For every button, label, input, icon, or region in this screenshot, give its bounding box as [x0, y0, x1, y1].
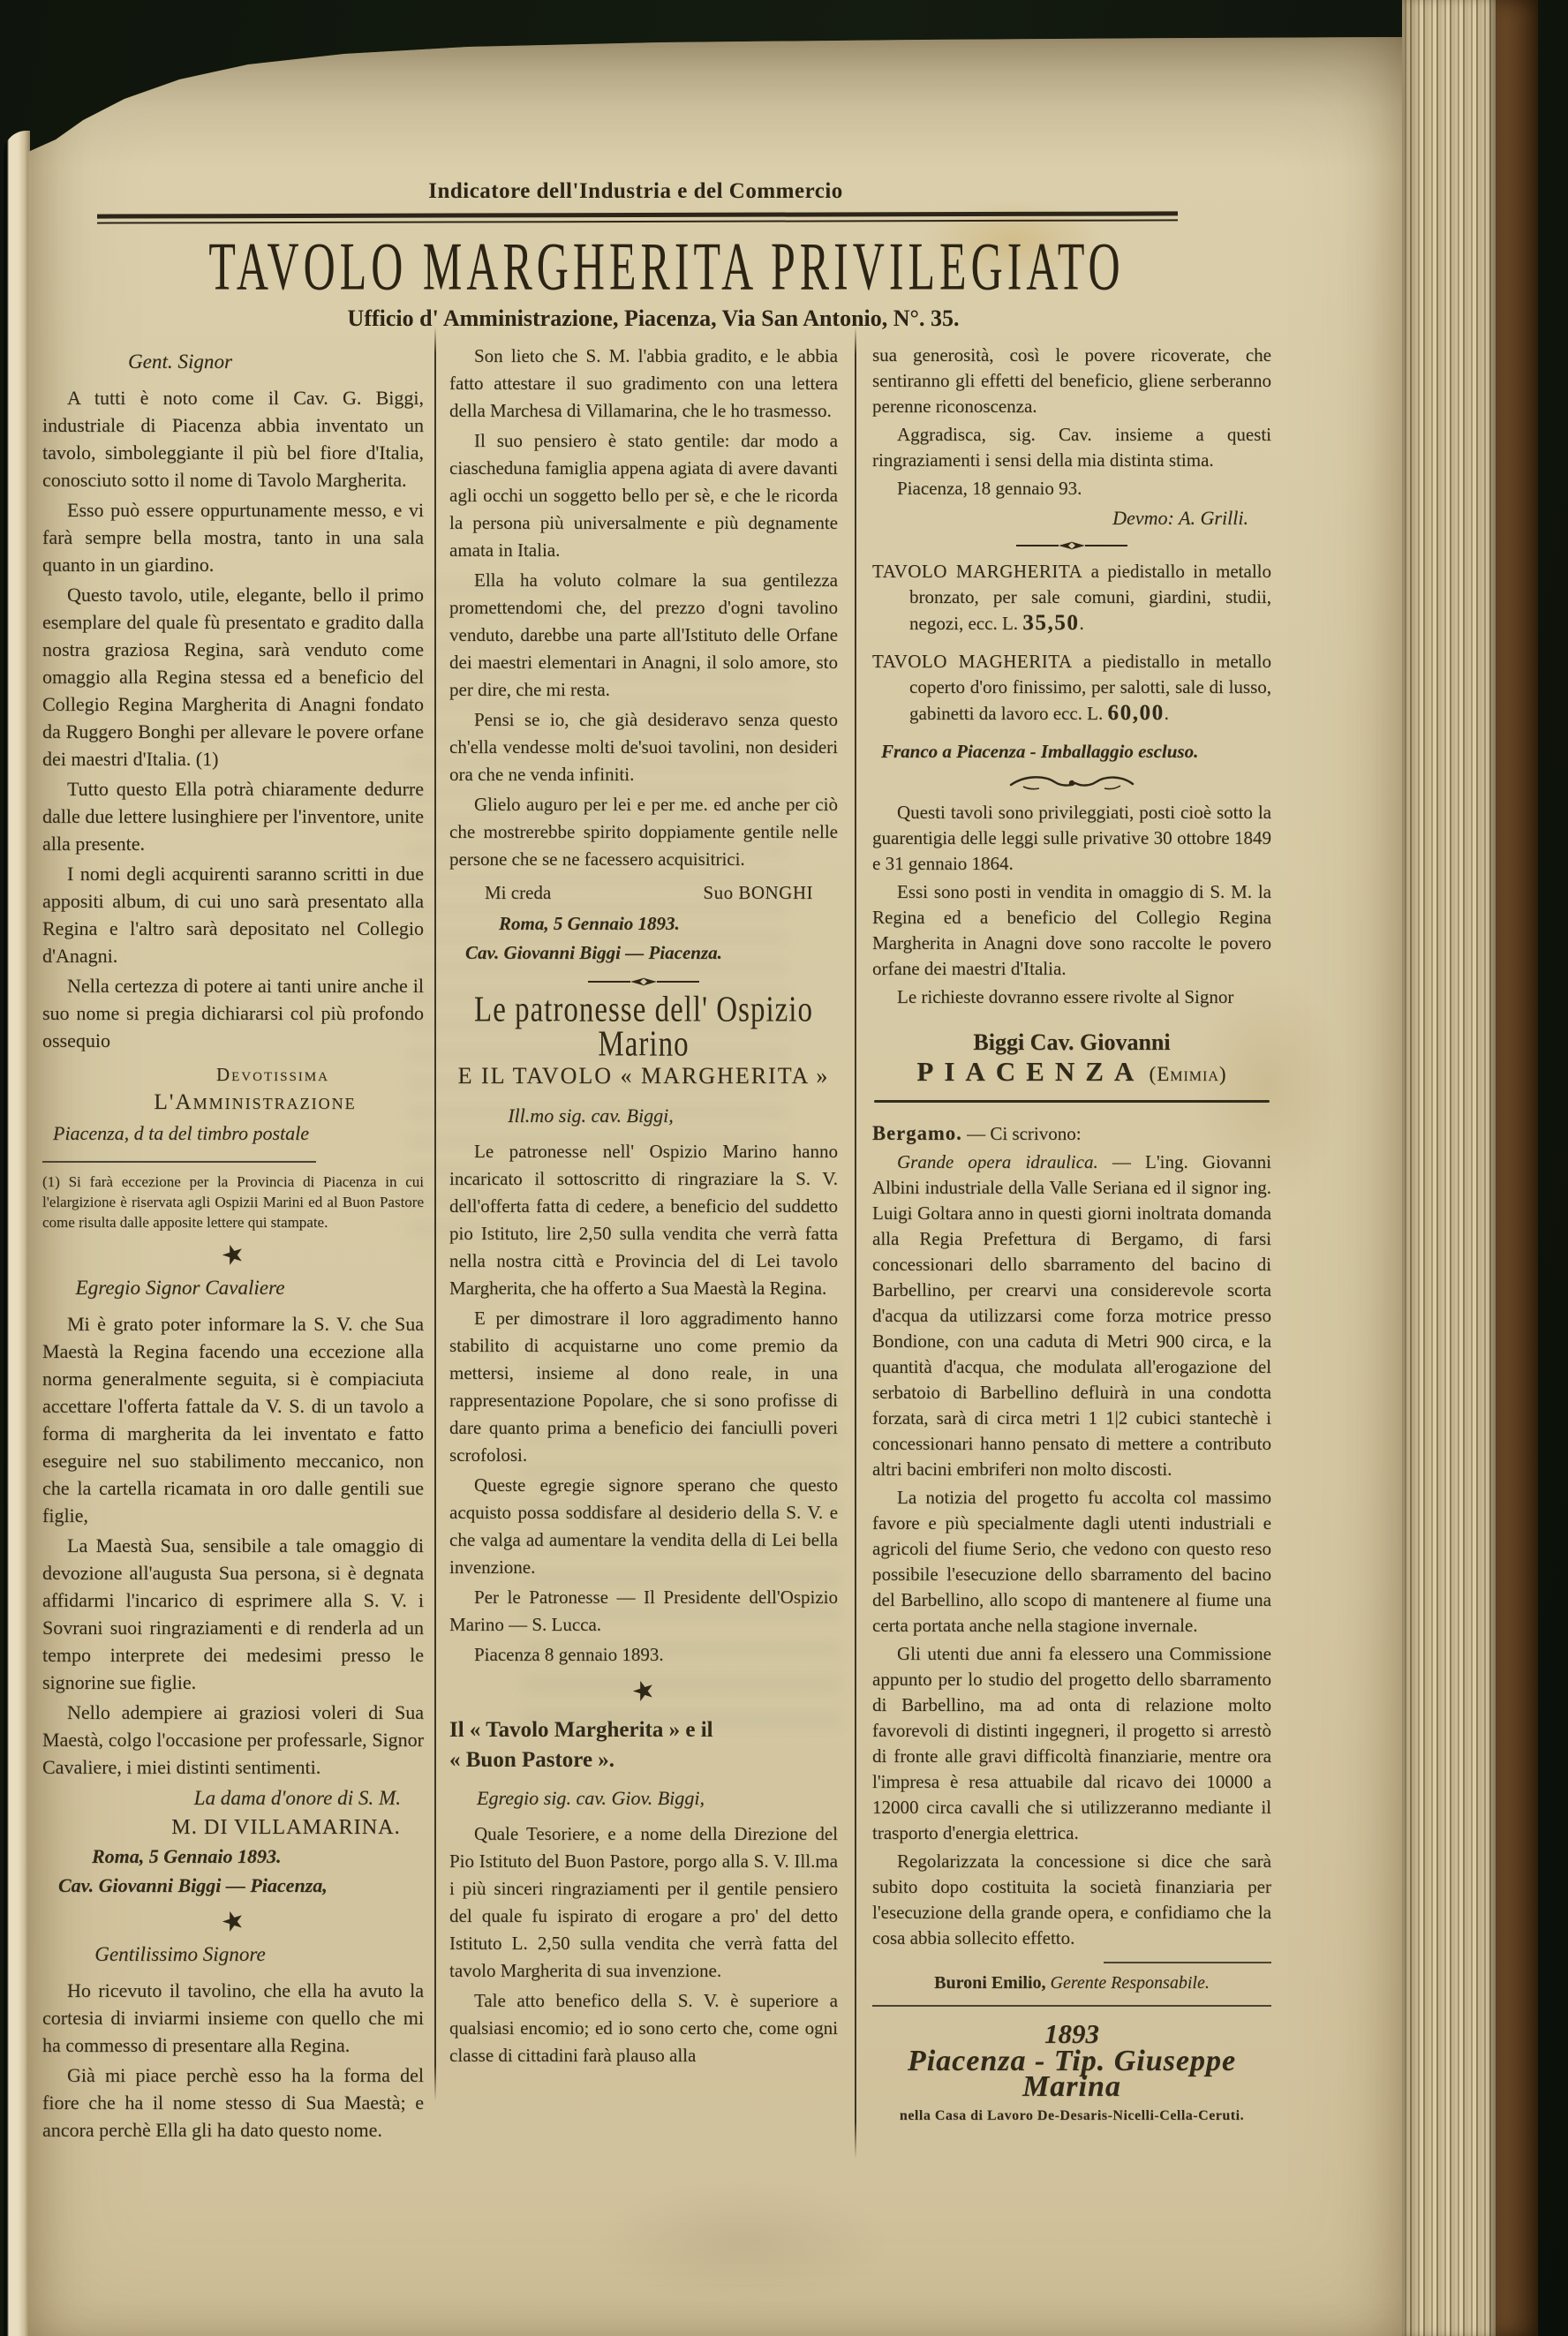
product-name: TAVOLO MAGHERITA — [872, 651, 1073, 672]
city-name: PIACENZA — [916, 1056, 1144, 1087]
paragraph: Quale Tesoriere, e a nome della Direzion… — [449, 1820, 838, 1985]
paragraph: sua generosità, così le povere ricoverat… — [872, 343, 1271, 419]
news-intro: — Ci scrivono: — [962, 1123, 1082, 1144]
paragraph: Esso può essere oppurtunamente messo, e … — [42, 496, 424, 578]
column-2: Son lieto che S. M. l'abbia gradito, e l… — [449, 343, 838, 2072]
paragraph: Nella certezza di potere ai tanti unire … — [42, 972, 424, 1054]
paragraph: A tutti è noto come il Cav. G. Biggi, in… — [42, 384, 424, 494]
dateline: Piacenza, 18 gennaio 93. — [872, 476, 1271, 501]
letter-signoff: Devmo: A. Grilli. — [872, 505, 1271, 531]
ad-text-end: . — [1165, 703, 1169, 724]
paragraph: Il suo pensiero è stato gentile: dar mod… — [449, 427, 838, 564]
article-title-text: Le patronesse dell' Ospizio Marino — [449, 993, 838, 1062]
contact-name: Biggi Cav. Giovanni — [872, 1029, 1271, 1055]
imprint-year: 1893 — [872, 2021, 1271, 2046]
dateline: Roma, 5 Gennaio 1893. — [449, 910, 838, 938]
imprint-address: nella Casa di Lavoro De-Desaris-Nicelli-… — [872, 2103, 1271, 2129]
book-cover-edge — [1496, 0, 1538, 2336]
letter-salutation: Ill.mo sig. cav. Biggi, — [396, 1102, 785, 1129]
paragraph: Tale atto benefico della S. V. è superio… — [449, 1987, 838, 2069]
paragraph: I nomi degli acquirenti saranno scritti … — [42, 860, 424, 969]
scroll-ornament — [872, 773, 1271, 793]
letter-signoff: La dama d'onore di S. M. — [42, 1784, 424, 1812]
advertisement: TAVOLO MARGHERITA a piedistallo in metal… — [872, 559, 1271, 637]
column-1: Gent. Signor A tutti è noto come il Cav.… — [42, 343, 424, 2146]
dateline: Piacenza, d ta del timbro postale — [42, 1119, 424, 1147]
header-rule — [97, 211, 1178, 223]
paragraph: Gli utenti due anni fa elessero una Comm… — [872, 1641, 1271, 1846]
advertisement: TAVOLO MAGHERITA a piedistallo in metall… — [872, 649, 1271, 727]
news-subtitle: Grande opera idraulica. — [897, 1151, 1098, 1172]
price: 35,50 — [1022, 611, 1079, 635]
letter-signoff: Mi creda Suo BONGHI — [449, 876, 838, 908]
paragraph: Essi sono posti in vendita in omaggio di… — [872, 879, 1271, 982]
paragraph: Grande opera idraulica. — L'ing. Giovann… — [872, 1149, 1271, 1482]
paragraph: La Maestà Sua, sensibile a tale omaggio … — [42, 1532, 424, 1696]
arrow-divider-ornament — [449, 976, 838, 988]
paragraph: Glielo auguro per lei e per me. ed anche… — [449, 791, 838, 873]
footnote-rule — [42, 1161, 316, 1163]
imprint-rule — [1104, 1962, 1271, 1963]
article-subtitle: E IL TAVOLO « MARGHERITA » — [449, 1062, 838, 1089]
paragraph: Pensi se io, che già desideravo senza qu… — [449, 706, 838, 788]
book-page-edges — [1402, 0, 1496, 2336]
section-rule — [874, 1100, 1270, 1103]
news-body: — L'ing. Giovanni Albini industriale del… — [872, 1151, 1271, 1480]
paragraph: Mi è grato poter informare la S. V. che … — [42, 1310, 424, 1529]
book-scan: Indicatore dell'Industria e del Commerci… — [0, 0, 1568, 2336]
ad-text-end: . — [1079, 613, 1083, 634]
paragraph: Le richieste dovranno essere rivolte al … — [872, 984, 1271, 1010]
arrow-divider-ornament — [872, 539, 1271, 552]
shipping-note: Franco a Piacenza - Imballaggio escluso. — [872, 739, 1271, 765]
letter-salutation: Gentilissimo Signore — [0, 1940, 371, 1968]
newspaper-page: Indicatore dell'Industria e del Commerci… — [28, 35, 1402, 2336]
letter-address: Cav. Giovanni Biggi — Piacenza. — [449, 939, 838, 967]
paragraph: Questo tavolo, utile, elegante, bello il… — [42, 581, 424, 772]
underlying-page-edge — [4, 131, 30, 2336]
editor-role: Gerente Responsabile. — [1046, 1973, 1210, 1993]
paragraph: Ella ha voluto colmare la sua gentilezza… — [449, 567, 838, 704]
paragraph: Regolarizzata la concessione si dice che… — [872, 1849, 1271, 1951]
paragraph: Già mi piace perchè esso ha la forma del… — [42, 2061, 424, 2144]
paragraph: Le patronesse nell' Ospizio Marino hanno… — [449, 1138, 838, 1302]
page-title-text: TAVOLO MARGHERITA PRIVILEGIATO — [208, 226, 1124, 305]
paragraph: Questi tavoli sono privileggiati, posti … — [872, 800, 1271, 877]
news-lead: Bergamo. — Ci scrivono: — [872, 1120, 1271, 1147]
letter-salutation: Egregio sig. cav. Giov. Biggi, — [396, 1784, 785, 1812]
contact-city: PIACENZA (Emimia) — [872, 1059, 1271, 1088]
paragraph: Son lieto che S. M. l'abbia gradito, e l… — [449, 343, 838, 425]
letter-signature: Suo BONGHI — [703, 879, 813, 907]
imprint-publisher: Piacenza - Tip. Giuseppe Marina — [872, 2048, 1271, 2099]
paragraph: La notizia del progetto fu accolta col m… — [872, 1485, 1271, 1639]
news-city-lead: Bergamo. — [872, 1122, 962, 1144]
masthead: Indicatore dell'Industria e del Commerci… — [0, 179, 1323, 204]
mi-creda: Mi creda — [485, 879, 551, 907]
page-title: TAVOLO MARGHERITA PRIVILEGIATO — [0, 226, 1353, 277]
paragraph: Nello adempiere ai graziosi voleri di Su… — [42, 1699, 424, 1781]
product-name: TAVOLO MARGHERITA — [872, 561, 1082, 582]
paper-stain — [593, 2181, 893, 2304]
closing-amministrazione: L'Amministrazione — [64, 1089, 446, 1116]
paragraph: Ho ricevuto il tavolino, che ella ha avu… — [42, 1977, 424, 2059]
header-subtitle: Ufficio d' Amministrazione, Piacenza, Vi… — [0, 305, 1340, 332]
article-title: Le patronesse dell' Ospizio Marino — [449, 1000, 838, 1055]
paragraph: Tutto questo Ella potrà chiaramente dedu… — [42, 775, 424, 857]
paragraph: Per le Patronesse — Il Presidente dell'O… — [449, 1584, 838, 1639]
editor-name: Buroni Emilio, — [934, 1973, 1045, 1993]
paragraph: E per dimostrare il loro aggradimento ha… — [449, 1305, 838, 1469]
region-name: (Emimia) — [1150, 1063, 1227, 1085]
paragraph: Aggradisca, sig. Cav. insieme a questi r… — [872, 422, 1271, 473]
letter-salutation: Egregio Signor Cavaliere — [0, 1274, 371, 1301]
managing-editor-line: Buroni Emilio, Gerente Responsabile. — [872, 1971, 1271, 1996]
imprint-rule — [872, 2005, 1271, 2007]
letter-salutation: Gent. Signor — [0, 348, 371, 375]
letter-signature: M. DI VILLAMARINA. — [95, 1813, 477, 1841]
column-divider — [855, 327, 856, 2159]
column-3: sua generosità, così le povere ricoverat… — [872, 343, 1271, 2129]
closing-devotissima: Devotissima — [82, 1061, 464, 1089]
price: 60,00 — [1108, 701, 1165, 725]
paragraph: Queste egregie signore sperano che quest… — [449, 1472, 838, 1581]
